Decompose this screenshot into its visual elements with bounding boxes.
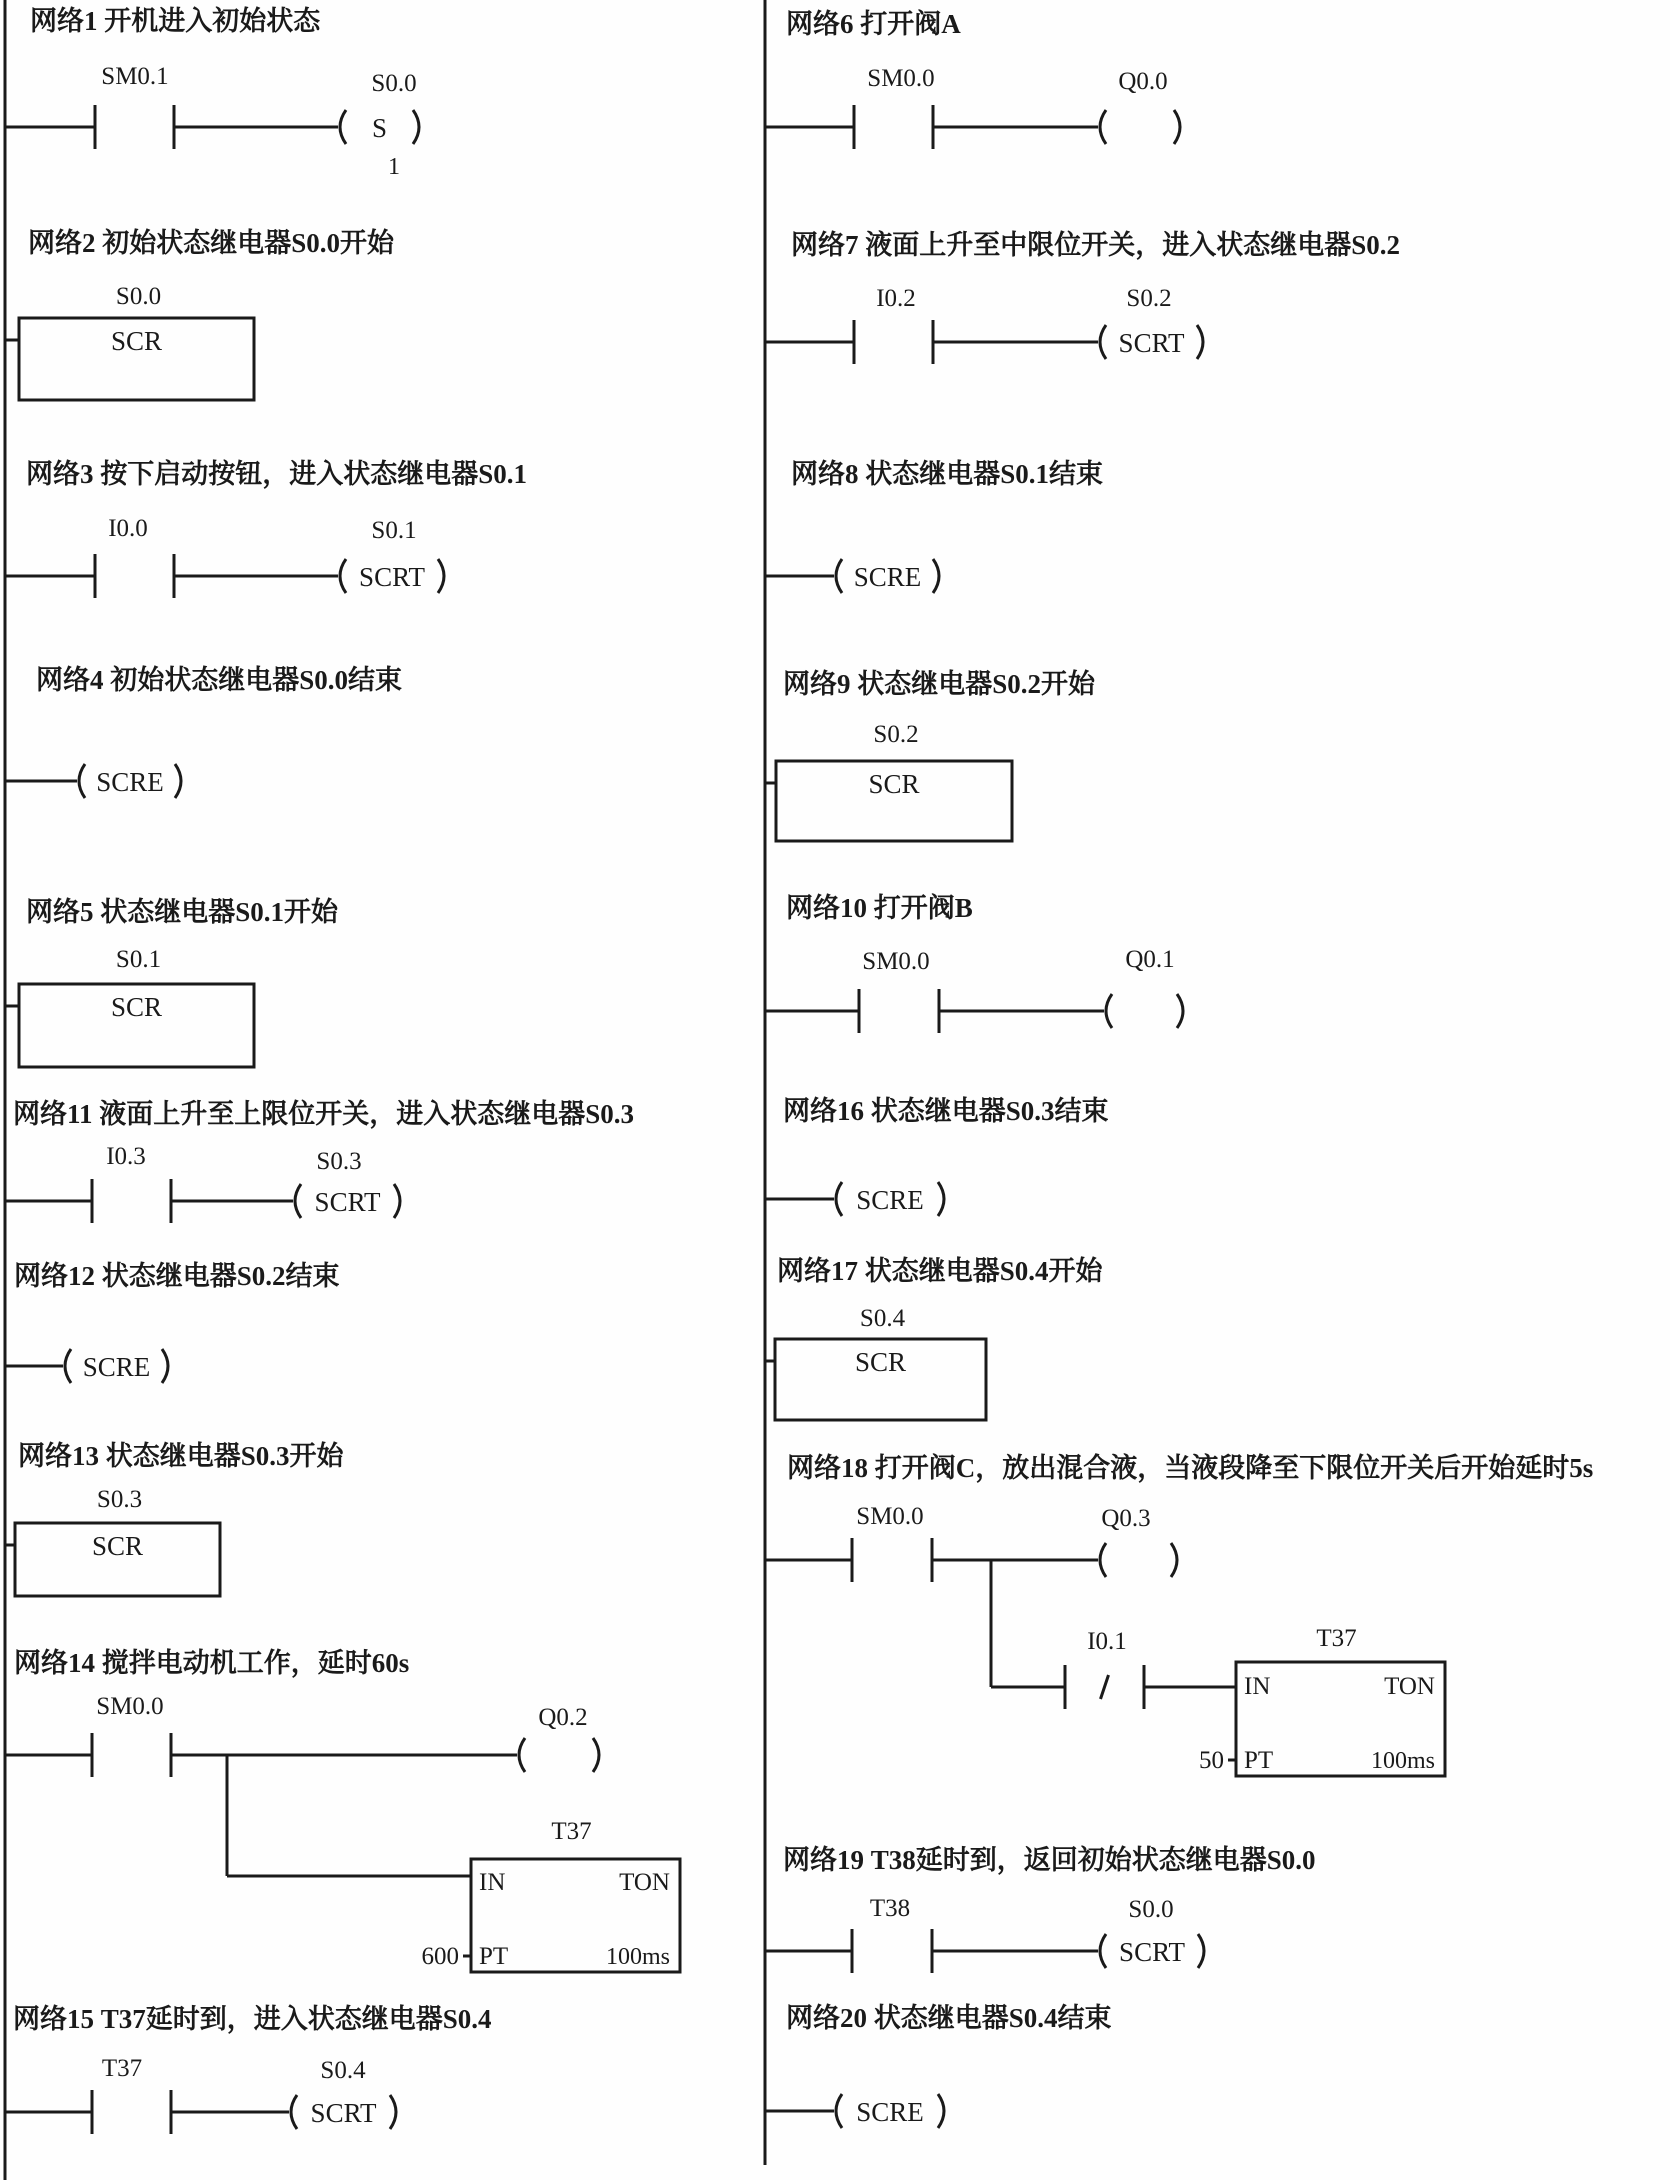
scr-instruction: SCR: [855, 1347, 906, 1377]
coil-open-paren: [519, 1738, 525, 1772]
no-contact[interactable]: I0.3: [5, 1143, 171, 1223]
network-title: 网络15 T37延时到，进入状态继电器S0.4: [13, 2004, 492, 2035]
scre-instruction: SCRE: [83, 1352, 151, 1382]
coil-close-paren: [390, 2095, 396, 2129]
timer-address: T37: [551, 1818, 591, 1845]
coil-address: S0.4: [320, 2057, 366, 2084]
output-coil[interactable]: SCRTS0.1: [174, 517, 444, 593]
coil-address: S0.0: [371, 70, 416, 97]
ladder-diagram: 网络1 开机进入初始状态SM0.1SS0.01网络2 初始状态继电器S0.0开始…: [0, 0, 1670, 2180]
timer-in-pin: IN: [1244, 1673, 1270, 1700]
coil-close-paren: [413, 110, 419, 144]
no-contact[interactable]: SM0.0: [765, 65, 935, 149]
scr-address: S0.3: [97, 1486, 142, 1513]
parallel-branch: [227, 1755, 471, 1876]
contact-address: SM0.0: [867, 65, 934, 92]
coil-close-paren: [938, 2094, 944, 2128]
coil-open-paren: [1100, 1934, 1106, 1968]
network-title: 网络8 状态继电器S0.1结束: [791, 459, 1103, 489]
network-n15[interactable]: 网络15 T37延时到，进入状态继电器S0.4T37SCRTS0.4: [5, 2004, 492, 2134]
timer-type: TON: [1384, 1673, 1435, 1700]
network-n19[interactable]: 网络19 T38延时到，返回初始状态继电器S0.0T38SCRTS0.0: [765, 1844, 1316, 1973]
coil-instruction: SCRT: [315, 1187, 381, 1217]
network-title: 网络3 按下启动按钮，进入状态继电器S0.1: [26, 458, 527, 490]
network-n18[interactable]: 网络18 打开阀C，放出混合液，当液段降至下限位开关后开始延时5sSM0.0Q0…: [765, 1452, 1593, 1776]
scre-coil[interactable]: SCRE: [765, 2094, 944, 2128]
network-title: 网络19 T38延时到，返回初始状态继电器S0.0: [783, 1844, 1316, 1876]
contact-address: I0.2: [876, 285, 916, 312]
coil-address: Q0.0: [1118, 68, 1167, 95]
scr-address: S0.2: [873, 721, 918, 748]
contact-address: SM0.0: [862, 948, 929, 975]
no-contact[interactable]: T38: [765, 1895, 932, 1973]
network-n20[interactable]: 网络20 状态继电器S0.4结束SCRE: [765, 2003, 1112, 2128]
coil-instruction: S: [372, 113, 387, 143]
coil-close-paren: [394, 1184, 400, 1218]
scr-box[interactable]: SCRS0.3: [5, 1486, 220, 1596]
output-coil[interactable]: Q0.0: [933, 68, 1180, 144]
network-n13[interactable]: 网络13 状态继电器S0.3开始SCRS0.3: [5, 1440, 345, 1596]
coil-open-paren: [1100, 1543, 1106, 1577]
network-n10[interactable]: 网络10 打开阀BSM0.0Q0.1: [765, 893, 1183, 1033]
network-n8[interactable]: 网络8 状态继电器S0.1结束SCRE: [765, 459, 1103, 593]
network-n3[interactable]: 网络3 按下启动按钮，进入状态继电器S0.1I0.0SCRTS0.1: [5, 458, 527, 598]
network-n9[interactable]: 网络9 状态继电器S0.2开始SCRS0.2: [765, 668, 1096, 841]
scre-instruction: SCRE: [96, 767, 164, 797]
network-title: 网络2 初始状态继电器S0.0开始: [28, 227, 395, 258]
scr-instruction: SCR: [111, 326, 162, 356]
network-title: 网络14 搅拌电动机工作，延时60s: [14, 1648, 409, 1679]
contact-address: SM0.1: [101, 63, 168, 90]
coil-close-paren: [1171, 1543, 1177, 1577]
coil-instruction: SCRT: [359, 562, 425, 592]
timer-pt-pin: PT: [1244, 1747, 1273, 1774]
scr-address: S0.1: [116, 946, 161, 973]
contact-address: SM0.0: [96, 1693, 163, 1720]
scr-instruction: SCR: [111, 992, 162, 1022]
coil-address: Q0.3: [1101, 1505, 1150, 1532]
coil-open-paren: [836, 2094, 842, 2128]
network-title: 网络6 打开阀A: [786, 9, 961, 39]
coil-close-paren: [438, 559, 444, 593]
contact-address: T38: [870, 1895, 910, 1922]
contact-address: I0.0: [108, 515, 148, 542]
coil-address: Q0.1: [1125, 946, 1174, 973]
networks: 网络1 开机进入初始状态SM0.1SS0.01网络2 初始状态继电器S0.0开始…: [5, 5, 1593, 2134]
timer-pt-pin: PT: [479, 1943, 508, 1970]
coil-open-paren: [65, 1349, 71, 1383]
output-coil[interactable]: Q0.3: [932, 1505, 1177, 1577]
network-title: 网络9 状态继电器S0.2开始: [783, 668, 1096, 699]
scre-instruction: SCRE: [854, 562, 922, 592]
contact-address: T37: [102, 2055, 142, 2082]
scre-instruction: SCRE: [856, 1185, 924, 1215]
network-title: 网络1 开机进入初始状态: [30, 5, 321, 36]
network-n14[interactable]: 网络14 搅拌电动机工作，延时60sSM0.0Q0.2T37INTONPT100…: [5, 1648, 680, 1972]
output-coil[interactable]: SCRTS0.4: [171, 2057, 396, 2129]
nc-slash-icon: [1101, 1675, 1109, 1699]
coil-instruction: SCRT: [311, 2098, 377, 2128]
coil-close-paren: [593, 1738, 599, 1772]
network-title: 网络12 状态继电器S0.2结束: [14, 1261, 340, 1291]
scre-coil[interactable]: SCRE: [5, 764, 181, 798]
nc-contact[interactable]: I0.1: [1065, 1628, 1236, 1709]
coil-close-paren: [938, 1182, 944, 1216]
coil-close-paren: [1177, 994, 1183, 1028]
network-n12[interactable]: 网络12 状态继电器S0.2结束SCRE: [5, 1261, 340, 1383]
scr-box[interactable]: SCRS0.0: [5, 283, 254, 400]
coil-open-paren: [836, 1182, 842, 1216]
network-title: 网络11 液面上升至上限位开关，进入状态继电器S0.3: [13, 1098, 634, 1130]
scre-coil[interactable]: SCRE: [765, 559, 939, 593]
scr-instruction: SCR: [868, 769, 919, 799]
coil-count: 1: [388, 154, 400, 180]
coil-open-paren: [1100, 110, 1106, 144]
timer-address: T37: [1316, 1625, 1356, 1652]
no-contact[interactable]: I0.0: [5, 515, 174, 598]
coil-open-paren: [836, 559, 842, 593]
scr-box[interactable]: SCRS0.4: [765, 1305, 986, 1420]
network-title: 网络20 状态继电器S0.4结束: [786, 2003, 1112, 2033]
network-n4[interactable]: 网络4 初始状态继电器S0.0结束SCRE: [5, 664, 402, 798]
output-coil[interactable]: SCRTS0.0: [932, 1896, 1204, 1968]
coil-close-paren: [933, 559, 939, 593]
coil-instruction: SCRT: [1119, 1937, 1185, 1967]
timer-preset: 600: [422, 1943, 460, 1970]
coil-instruction: SCRT: [1119, 328, 1185, 358]
contact-address: I0.3: [106, 1143, 146, 1170]
coil-address: S0.0: [1128, 1896, 1173, 1923]
no-contact[interactable]: SM0.0: [5, 1693, 171, 1777]
timer-preset: 50: [1199, 1747, 1224, 1774]
coil-close-paren: [162, 1349, 168, 1383]
no-contact[interactable]: T37: [5, 2055, 171, 2134]
coil-close-paren: [1197, 325, 1203, 359]
coil-close-paren: [1174, 110, 1180, 144]
network-n11[interactable]: 网络11 液面上升至上限位开关，进入状态继电器S0.3I0.3SCRTS0.3: [5, 1098, 634, 1223]
contact-address: SM0.0: [856, 1503, 923, 1530]
coil-open-paren: [295, 1184, 301, 1218]
contact-address: I0.1: [1087, 1628, 1127, 1655]
timer-in-pin: IN: [479, 1869, 505, 1896]
network-n5[interactable]: 网络5 状态继电器S0.1开始SCRS0.1: [5, 896, 339, 1067]
network-n17[interactable]: 网络17 状态继电器S0.4开始SCRS0.4: [765, 1255, 1104, 1420]
coil-open-paren: [79, 764, 85, 798]
network-title: 网络18 打开阀C，放出混合液，当液段降至下限位开关后开始延时5s: [787, 1452, 1593, 1484]
coil-close-paren: [175, 764, 181, 798]
coil-address: Q0.2: [538, 1704, 587, 1731]
network-title: 网络5 状态继电器S0.1开始: [26, 896, 339, 927]
network-title: 网络4 初始状态继电器S0.0结束: [36, 664, 402, 695]
scr-instruction: SCR: [92, 1531, 143, 1561]
ton-timer-box[interactable]: T37INTONPT100ms600: [422, 1818, 681, 1972]
scr-address: S0.4: [860, 1305, 906, 1332]
output-coil[interactable]: SS0.01: [174, 70, 419, 180]
network-title: 网络10 打开阀B: [786, 893, 973, 923]
coil-address: S0.2: [1126, 285, 1171, 312]
no-contact[interactable]: SM0.0: [765, 1503, 932, 1582]
coil-close-paren: [1198, 1934, 1204, 1968]
coil-open-paren: [340, 110, 346, 144]
scre-instruction: SCRE: [856, 2097, 924, 2127]
network-n6[interactable]: 网络6 打开阀ASM0.0Q0.0: [765, 9, 1180, 149]
coil-open-paren: [1106, 994, 1112, 1028]
output-coil[interactable]: Q0.2: [171, 1704, 599, 1772]
network-title: 网络13 状态继电器S0.3开始: [18, 1440, 345, 1471]
coil-open-paren: [1100, 325, 1106, 359]
network-n2[interactable]: 网络2 初始状态继电器S0.0开始SCRS0.0: [5, 227, 395, 400]
scr-address: S0.0: [116, 283, 161, 310]
timer-base: 100ms: [606, 1944, 670, 1970]
network-n7[interactable]: 网络7 液面上升至中限位开关，进入状态继电器S0.2I0.2SCRTS0.2: [765, 229, 1400, 364]
no-contact[interactable]: SM0.0: [765, 948, 939, 1033]
coil-open-paren: [291, 2095, 297, 2129]
no-contact[interactable]: I0.2: [765, 285, 933, 364]
scr-box[interactable]: SCRS0.1: [5, 946, 254, 1067]
coil-open-paren: [340, 559, 346, 593]
network-title: 网络17 状态继电器S0.4开始: [777, 1255, 1104, 1286]
scr-box[interactable]: SCRS0.2: [765, 721, 1012, 841]
scre-coil[interactable]: SCRE: [5, 1349, 168, 1383]
output-coil[interactable]: SCRTS0.2: [933, 285, 1203, 359]
ton-timer-box[interactable]: T37INTONPT100ms50: [1199, 1625, 1445, 1776]
timer-type: TON: [619, 1869, 670, 1896]
coil-address: S0.1: [371, 517, 416, 544]
coil-address: S0.3: [316, 1148, 361, 1175]
scre-coil[interactable]: SCRE: [765, 1182, 944, 1216]
parallel-branch: [991, 1560, 1065, 1687]
network-title: 网络7 液面上升至中限位开关，进入状态继电器S0.2: [791, 229, 1400, 261]
timer-base: 100ms: [1371, 1748, 1435, 1774]
network-title: 网络16 状态继电器S0.3结束: [783, 1096, 1109, 1126]
network-n1[interactable]: 网络1 开机进入初始状态SM0.1SS0.01: [5, 5, 419, 180]
output-coil[interactable]: SCRTS0.3: [171, 1148, 400, 1218]
no-contact[interactable]: SM0.1: [5, 63, 174, 149]
output-coil[interactable]: Q0.1: [939, 946, 1183, 1028]
network-n16[interactable]: 网络16 状态继电器S0.3结束SCRE: [765, 1096, 1109, 1216]
